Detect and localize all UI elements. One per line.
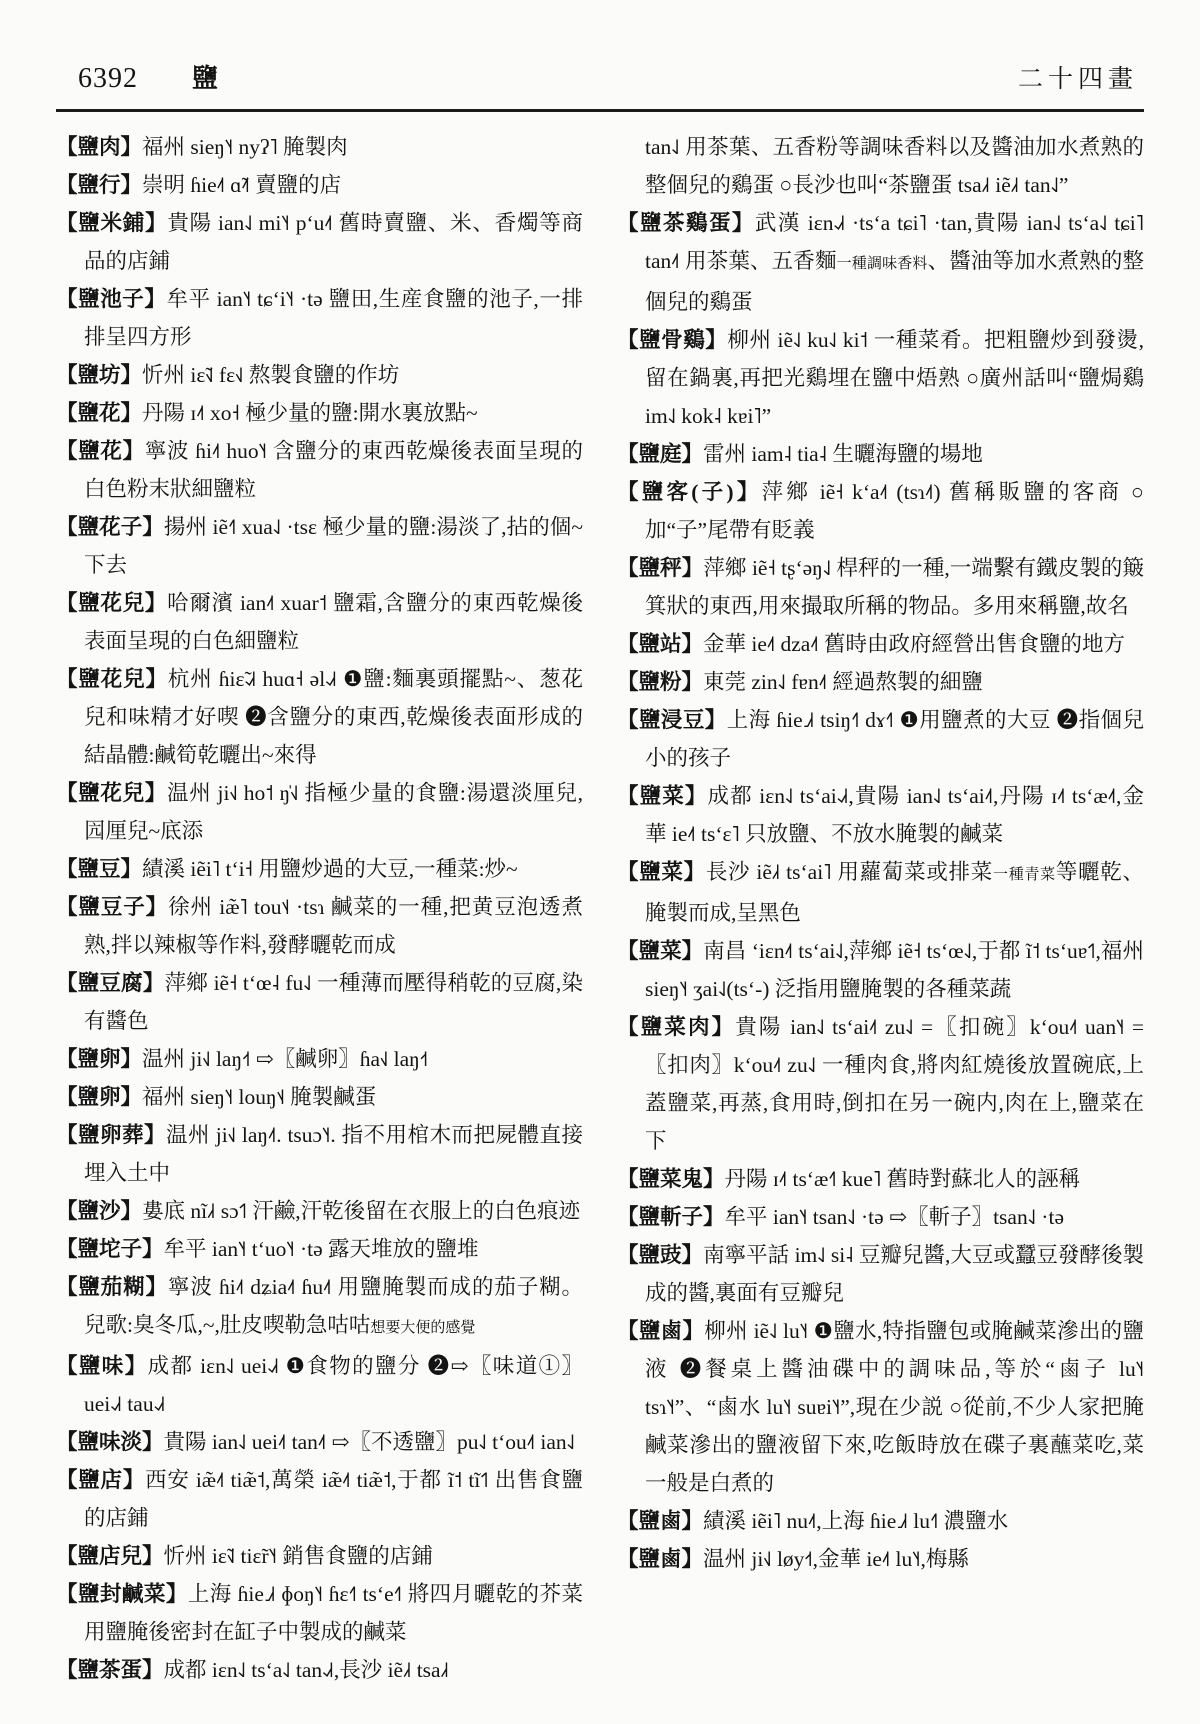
entry-headword: 【鹽鹵】 xyxy=(617,1547,703,1571)
entry-headword: 【鹽豆子】 xyxy=(56,895,168,919)
entry-headword: 【鹽庭】 xyxy=(617,442,703,466)
entry-headword: 【鹽茶蛋】 xyxy=(56,1658,164,1682)
dict-entry: 【鹽秤】萍鄉 iẽ˧ tʂʻəŋ˨˩ 桿秤的一種,一端繫有鐵皮製的簸箕狀的東西,… xyxy=(617,549,1144,625)
page-number: 6392 xyxy=(78,63,138,95)
dict-entry: 【鹽茶鷄蛋】武漢 iɛn˨˩˧ ·tsʻa tɕi˥ ·tan,貴陽 ian˨˩… xyxy=(617,204,1144,321)
entry-body: 績溪 iẽi˥ nu˨˦,上海 ɦie˩˩˧ lu˧˥ 濃鹽水 xyxy=(703,1509,1008,1533)
dict-entry: 【鹽花兒】哈爾濱 ian˨˦ xuar˦ 鹽霜,含鹽分的東西乾燥後表面呈現的白色… xyxy=(56,584,583,660)
entry-headword: 【鹽卵葬】 xyxy=(56,1123,166,1147)
dict-entry: 【鹽菜】南昌 ʻiɛn˨˦ tsʻai˨˩,萍鄉 iẽ˧ tsʻœ˨˩,于都 ĩ… xyxy=(617,932,1144,1008)
entry-headword: 【鹽菜】 xyxy=(617,784,708,808)
entry-headword: 【鹽卵】 xyxy=(56,1085,142,1109)
entry-headword: 【鹽菜鬼】 xyxy=(617,1167,725,1191)
dict-entry: 【鹽浸豆】上海 ɦie˩˩˧ tsiŋ˧˥ dɤ˧˥ ❶用鹽煮的大豆 ❷指個兒小… xyxy=(617,701,1144,777)
entry-headword: 【鹽池子】 xyxy=(56,287,166,311)
dict-entry: 【鹽粉】東莞 zin˨˩ fɐn˨˦ 經過熬製的細鹽 xyxy=(617,663,1144,701)
dict-entry: 【鹽斬子】牟平 ian˥˧ tsan˨˩ ·tə ⇨〖斬子〗tsan˨˩ ·tə xyxy=(617,1198,1144,1236)
dict-entry: 【鹽店】西安 iæ̃˨˦ tiæ̃˦,萬榮 iæ̃˨˦ tiæ̃˦,于都 ĩ˦ … xyxy=(56,1461,583,1537)
dict-entry: 【鹽豆腐】萍鄉 iẽ˧ tʻœ˨ fu˨˩ 一種薄而壓得稍乾的豆腐,染有醬色 xyxy=(56,964,583,1040)
text-columns: 【鹽肉】福州 sieŋ˥˧ nyʔ˥ 腌製肉【鹽行】崇明 ɦie˨˦ ɑ̃˨˦ … xyxy=(56,128,1144,1688)
dict-entry: 【鹽鹵】温州 ji˧˩ løy˧˦,金華 ie˨˦ lu˥˧,梅縣 xyxy=(617,1540,1144,1578)
dict-entry: 【鹽菜鬼】丹陽 ɪ˨˦ tsʻæ˧˥ kue˥ 舊時對蘇北人的誣稱 xyxy=(617,1160,1144,1198)
dict-entry: 【鹽味】成都 iɛn˨˩ uei˨˩˧ ❶食物的鹽分 ❷⇨〖味道①〗uei˨˩˧… xyxy=(56,1347,583,1423)
dict-entry: 【鹽豆】績溪 iẽi˥ tʻi˧ 用鹽炒過的大豆,一種菜:炒~ xyxy=(56,850,583,888)
entry-headword: 【鹽行】 xyxy=(56,173,142,197)
entry-headword: 【鹽店兒】 xyxy=(56,1544,164,1568)
entry-headword: 【鹽花】 xyxy=(56,439,145,463)
entry-headword: 【鹽坨子】 xyxy=(56,1237,164,1261)
dict-entry: 【鹽庭】雷州 iam˨ tia˨ 生曬海鹽的場地 xyxy=(617,435,1144,473)
inline-small-note: 想要大便的感覺 xyxy=(370,1320,475,1336)
dict-entry: 【鹽池子】牟平 ian˥˧ tɕʻi˥˧ ·tə 鹽田,生産食鹽的池子,一排排呈… xyxy=(56,280,583,356)
entry-headword: 【鹽味淡】 xyxy=(56,1430,164,1454)
entry-body: 崇明 ɦie˨˦ ɑ̃˨˦ 賣鹽的店 xyxy=(142,173,341,197)
entry-body: 丹陽 ɪ˨˦ xo˧ 極少量的鹽:開水裏放點~ xyxy=(142,401,478,425)
entry-headword: 【鹽坊】 xyxy=(56,363,142,387)
dict-entry: 【鹽花】丹陽 ɪ˨˦ xo˧ 極少量的鹽:開水裏放點~ xyxy=(56,394,583,432)
dict-entry: 【鹽骨鷄】柳州 iẽ˨˩ ku˨˩ ki˦ 一種菜肴。把粗鹽炒到發燙,留在鍋裏,… xyxy=(617,321,1144,435)
entry-headword: 【鹽味】 xyxy=(56,1354,148,1378)
entry-body: 牟平 ian˥˧ tsan˨˩ ·tə ⇨〖斬子〗tsan˨˩ ·tə xyxy=(725,1205,1064,1229)
inline-small-note: 一種調味香料 xyxy=(837,256,928,272)
page-header-left: 6392 鹽 xyxy=(78,58,218,95)
entry-headword: 【鹽茶鷄蛋】 xyxy=(617,211,755,235)
entry-headword: 【鹽豆】 xyxy=(56,857,142,881)
entry-body: 長沙 iẽ˩˧ tsʻai˥ 用蘿蔔菜或排菜一種青菜等曬乾、腌製而成,呈黑色 xyxy=(645,860,1144,925)
entry-headword: 【鹽店】 xyxy=(56,1468,145,1492)
entry-headword: 【鹽浸豆】 xyxy=(617,708,727,732)
entry-body: 貴陽 ian˨˩ uei˨˦ tan˨˦ ⇨〖不透鹽〗pu˨˩ tʻou˨˦ i… xyxy=(164,1430,575,1454)
dict-entry: 【鹽花兒】杭州 ɦiɛ̃˨˩˧ huɑ˧ əl˨˩˧ ❶鹽:麵裏頭擺點~、葱花兒… xyxy=(56,660,583,774)
entry-headword: 【鹽粉】 xyxy=(617,670,703,694)
dict-entry: 【鹽米鋪】貴陽 ian˨˩ mi˥˧ pʻu˨˦ 舊時賣鹽、米、香燭等商品的店鋪 xyxy=(56,204,583,280)
entry-body: 忻州 iɛ̃˧˩ fɛ˧˩ 熬製食鹽的作坊 xyxy=(142,363,399,387)
dict-entry: 【鹽豆子】徐州 iæ̃˥ tou˦˨ ·tsɿ 鹹菜的一種,把黄豆泡透煮熟,拌以… xyxy=(56,888,583,964)
dict-entry: 【鹽肉】福州 sieŋ˥˧ nyʔ˥ 腌製肉 xyxy=(56,128,583,166)
entry-body: 福州 sieŋ˥˧ louŋ˦˨ 腌製鹹蛋 xyxy=(142,1085,376,1109)
entry-headword: 【鹽茄糊】 xyxy=(56,1275,168,1299)
entry-headword: 【鹽米鋪】 xyxy=(56,211,167,235)
entry-body: 東莞 zin˨˩ fɐn˨˦ 經過熬製的細鹽 xyxy=(703,670,983,694)
dict-entry: 【鹽坊】忻州 iɛ̃˧˩ fɛ˧˩ 熬製食鹽的作坊 xyxy=(56,356,583,394)
dict-entry: 【鹽菜肉】貴陽 ian˨˩ tsʻai˨˦ zu˨˩ =〖扣碗〗kʻou˨˦ u… xyxy=(617,1008,1144,1160)
entry-body: 丹陽 ɪ˨˦ tsʻæ˧˥ kue˥ 舊時對蘇北人的誣稱 xyxy=(725,1167,1081,1191)
entry-headword: 【鹽豆腐】 xyxy=(56,971,165,995)
entry-body: 牟平 ian˥˧ tʻuo˥˧ ·tə 露天堆放的鹽堆 xyxy=(164,1237,479,1261)
dict-entry: 【鹽卵】温州 ji˧˩ laŋ˧˦ ⇨〖鹹卵〗ɦa˧˩ laŋ˧˦ xyxy=(56,1040,583,1078)
entry-headword: 【鹽斬子】 xyxy=(617,1205,725,1229)
dict-entry: 【鹽菜】長沙 iẽ˩˧ tsʻai˥ 用蘿蔔菜或排菜一種青菜等曬乾、腌製而成,呈… xyxy=(617,853,1144,932)
entry-body: 金華 ie˨˦ dza˨˦ 舊時由政府經營出售食鹽的地方 xyxy=(703,632,1125,656)
entry-headword: 【鹽秤】 xyxy=(617,556,703,580)
entry-body: 成都 iɛn˨˩ tsʻai˨˩˧,貴陽 ian˨˩ tsʻai˨˦,丹陽 ɪ˨… xyxy=(645,784,1144,846)
inline-small-note: 一種青菜 xyxy=(993,867,1056,883)
entry-headword: 【鹽肉】 xyxy=(56,135,142,159)
entry-headword: 【鹽菜肉】 xyxy=(617,1015,735,1039)
dict-entry: 【鹽茶蛋】成都 iɛn˨˩ tsʻa˨˩ tan˨˩˧,長沙 iẽ˩˧ tsa˩… xyxy=(56,1651,583,1688)
dict-entry: 【鹽卵葬】温州 ji˧˩ laŋ˨˦. tsuɔ˥˧. 指不用棺木而把屍體直接埋… xyxy=(56,1116,583,1192)
dict-entry: 【鹽坨子】牟平 ian˥˧ tʻuo˥˧ ·tə 露天堆放的鹽堆 xyxy=(56,1230,583,1268)
dict-entry: 【鹽豉】南寧平話 im˨˩ si˨ 豆瓣兒醬,大豆或蠶豆發酵後製成的醬,裏面有豆… xyxy=(617,1236,1144,1312)
dict-entry: 【鹽沙】婁底 nĩ˩˧ sɔ˦˥ 汗鹼,汗乾後留在衣服上的白色痕迹 xyxy=(56,1192,583,1230)
entry-body: 福州 sieŋ˥˧ nyʔ˥ 腌製肉 xyxy=(142,135,348,159)
entry-headword: 【鹽花兒】 xyxy=(56,591,167,615)
entry-headword: 【鹽花子】 xyxy=(56,515,164,539)
dict-entry: 【鹽茄糊】寧波 ɦi˨˦ dʑia˨˦ ɦu˨˦ 用鹽腌製而成的茄子糊。兒歌:臭… xyxy=(56,1268,583,1347)
entry-headword: 【鹽鹵】 xyxy=(617,1509,703,1533)
entry-headword: 【鹽封鹹菜】 xyxy=(56,1582,188,1606)
entry-body: 成都 iɛn˨˩ tsʻa˨˩ tan˨˩˧,長沙 iẽ˩˧ tsa˩˧ xyxy=(164,1658,449,1682)
entry-body: 績溪 iẽi˥ tʻi˧ 用鹽炒過的大豆,一種菜:炒~ xyxy=(142,857,518,881)
stroke-count-label: 二十四畫 xyxy=(1018,59,1138,95)
dict-entry: 【鹽花】寧波 ɦi˨˦ huo˥˧ 含鹽分的東西乾燥後表面呈現的白色粉末狀細鹽粒 xyxy=(56,432,583,508)
dict-entry: 【鹽菜】成都 iɛn˨˩ tsʻai˨˩˧,貴陽 ian˨˩ tsʻai˨˦,丹… xyxy=(617,777,1144,853)
entry-headword: 【鹽花兒】 xyxy=(56,781,167,805)
dict-entry: 【鹽鹵】績溪 iẽi˥ nu˨˦,上海 ɦie˩˩˧ lu˧˥ 濃鹽水 xyxy=(617,1502,1144,1540)
entry-headword: 【鹽豉】 xyxy=(617,1243,703,1267)
entry-body: 西安 iæ̃˨˦ tiæ̃˦,萬榮 iæ̃˨˦ tiæ̃˦,于都 ĩ˦ tĩ˦˥… xyxy=(84,1468,583,1530)
entry-headword: 【鹽卵】 xyxy=(56,1047,142,1071)
dictionary-page: 6392 鹽 二十四畫 【鹽肉】福州 sieŋ˥˧ nyʔ˥ 腌製肉【鹽行】崇明… xyxy=(0,0,1200,1688)
entry-body: 南寧平話 im˨˩ si˨ 豆瓣兒醬,大豆或蠶豆發酵後製成的醬,裏面有豆瓣兒 xyxy=(645,1243,1144,1305)
dict-entry: 【鹽店兒】忻州 iɛ̃˧˩ tiɛ̃r˥˧ 銷售食鹽的店鋪 xyxy=(56,1537,583,1575)
entry-body: 忻州 iɛ̃˧˩ tiɛ̃r˥˧ 銷售食鹽的店鋪 xyxy=(164,1544,433,1568)
page-header: 6392 鹽 二十四畫 xyxy=(56,58,1144,95)
entry-headword: 【鹽菜】 xyxy=(617,939,703,963)
dict-entry: 【鹽味淡】貴陽 ian˨˩ uei˨˦ tan˨˦ ⇨〖不透鹽〗pu˨˩ tʻo… xyxy=(56,1423,583,1461)
entry-body: 雷州 iam˨ tia˨ 生曬海鹽的場地 xyxy=(703,442,983,466)
entry-body: 萍鄉 iẽ˧ tʂʻəŋ˨˩ 桿秤的一種,一端繫有鐵皮製的簸箕狀的東西,用來撮取… xyxy=(645,556,1144,618)
entry-headword: 【鹽菜】 xyxy=(617,860,706,884)
entry-body: 温州 ji˧˩ laŋ˧˦ ⇨〖鹹卵〗ɦa˧˩ laŋ˧˦ xyxy=(142,1047,428,1071)
entry-headword: 【鹽鹵】 xyxy=(617,1319,704,1343)
left-column: 【鹽肉】福州 sieŋ˥˧ nyʔ˥ 腌製肉【鹽行】崇明 ɦie˨˦ ɑ̃˨˦ … xyxy=(56,128,583,1688)
dict-entry: 【鹽卵】福州 sieŋ˥˧ louŋ˦˨ 腌製鹹蛋 xyxy=(56,1078,583,1116)
dict-entry: 【鹽花子】揚州 iẽ˧˥ xua˨˩ ·tsɛ 極少量的鹽:湯淡了,拈的個~下去 xyxy=(56,508,583,584)
entry-headword: 【鹽花】 xyxy=(56,401,142,425)
dict-entry: 【鹽行】崇明 ɦie˨˦ ɑ̃˨˦ 賣鹽的店 xyxy=(56,166,583,204)
entry-headword: 【鹽沙】 xyxy=(56,1199,142,1223)
entry-body: 温州 ji˧˩ løy˧˦,金華 ie˨˦ lu˥˧,梅縣 xyxy=(703,1547,969,1571)
right-column: tan˨˩ 用茶葉、五香粉等調味香料以及醬油加水煮熟的整個兒的鷄蛋 ○長沙也叫“… xyxy=(617,128,1144,1688)
dict-entry: 【鹽花兒】温州 ji˧˩ ho˦ ŋ̍˧˩ 指極少量的食鹽:湯還淡厘兒,囥厘兒~… xyxy=(56,774,583,850)
entry-body: 寧波 ɦi˨˦ huo˥˧ 含鹽分的東西乾燥後表面呈現的白色粉末狀細鹽粒 xyxy=(84,439,583,501)
entry-body: 成都 iɛn˨˩ uei˨˩˧ ❶食物的鹽分 ❷⇨〖味道①〗uei˨˩˧ tau… xyxy=(84,1354,583,1416)
dict-entry: 【鹽客(子)】萍鄉 iẽ˧ kʻa˨˦ (tsɿ˨˦) 舊稱販鹽的客商 ○加“子… xyxy=(617,473,1144,549)
dict-entry: 【鹽站】金華 ie˨˦ dza˨˦ 舊時由政府經營出售食鹽的地方 xyxy=(617,625,1144,663)
entry-body: 婁底 nĩ˩˧ sɔ˦˥ 汗鹼,汗乾後留在衣服上的白色痕迹 xyxy=(142,1199,580,1223)
guide-character: 鹽 xyxy=(192,58,218,95)
entry-body: 柳州 iẽ˨˩ lu˥˧ ❶鹽水,特指鹽包或腌鹹菜滲出的鹽液 ❷餐桌上醬油碟中的… xyxy=(645,1319,1144,1495)
entry-headword: 【鹽骨鷄】 xyxy=(617,328,727,352)
dict-entry: 【鹽鹵】柳州 iẽ˨˩ lu˥˧ ❶鹽水,特指鹽包或腌鹹菜滲出的鹽液 ❷餐桌上醬… xyxy=(617,1312,1144,1502)
entry-headword: 【鹽客(子)】 xyxy=(617,480,762,504)
entry-body: tan˨˩ 用茶葉、五香粉等調味香料以及醬油加水煮熟的整個兒的鷄蛋 ○長沙也叫“… xyxy=(645,135,1144,197)
dict-entry: tan˨˩ 用茶葉、五香粉等調味香料以及醬油加水煮熟的整個兒的鷄蛋 ○長沙也叫“… xyxy=(617,128,1144,204)
entry-headword: 【鹽站】 xyxy=(617,632,703,656)
dict-entry: 【鹽封鹹菜】上海 ɦie˩˩˧ ɸoŋ˥˧ ɦɛ˧˥ tsʻe˧˥ 將四月曬乾的… xyxy=(56,1575,583,1651)
entry-headword: 【鹽花兒】 xyxy=(56,667,168,691)
header-divider-rule xyxy=(56,109,1144,112)
entry-body: 南昌 ʻiɛn˨˦ tsʻai˨˩,萍鄉 iẽ˧ tsʻœ˨˩,于都 ĩ˦ ts… xyxy=(645,939,1144,1001)
